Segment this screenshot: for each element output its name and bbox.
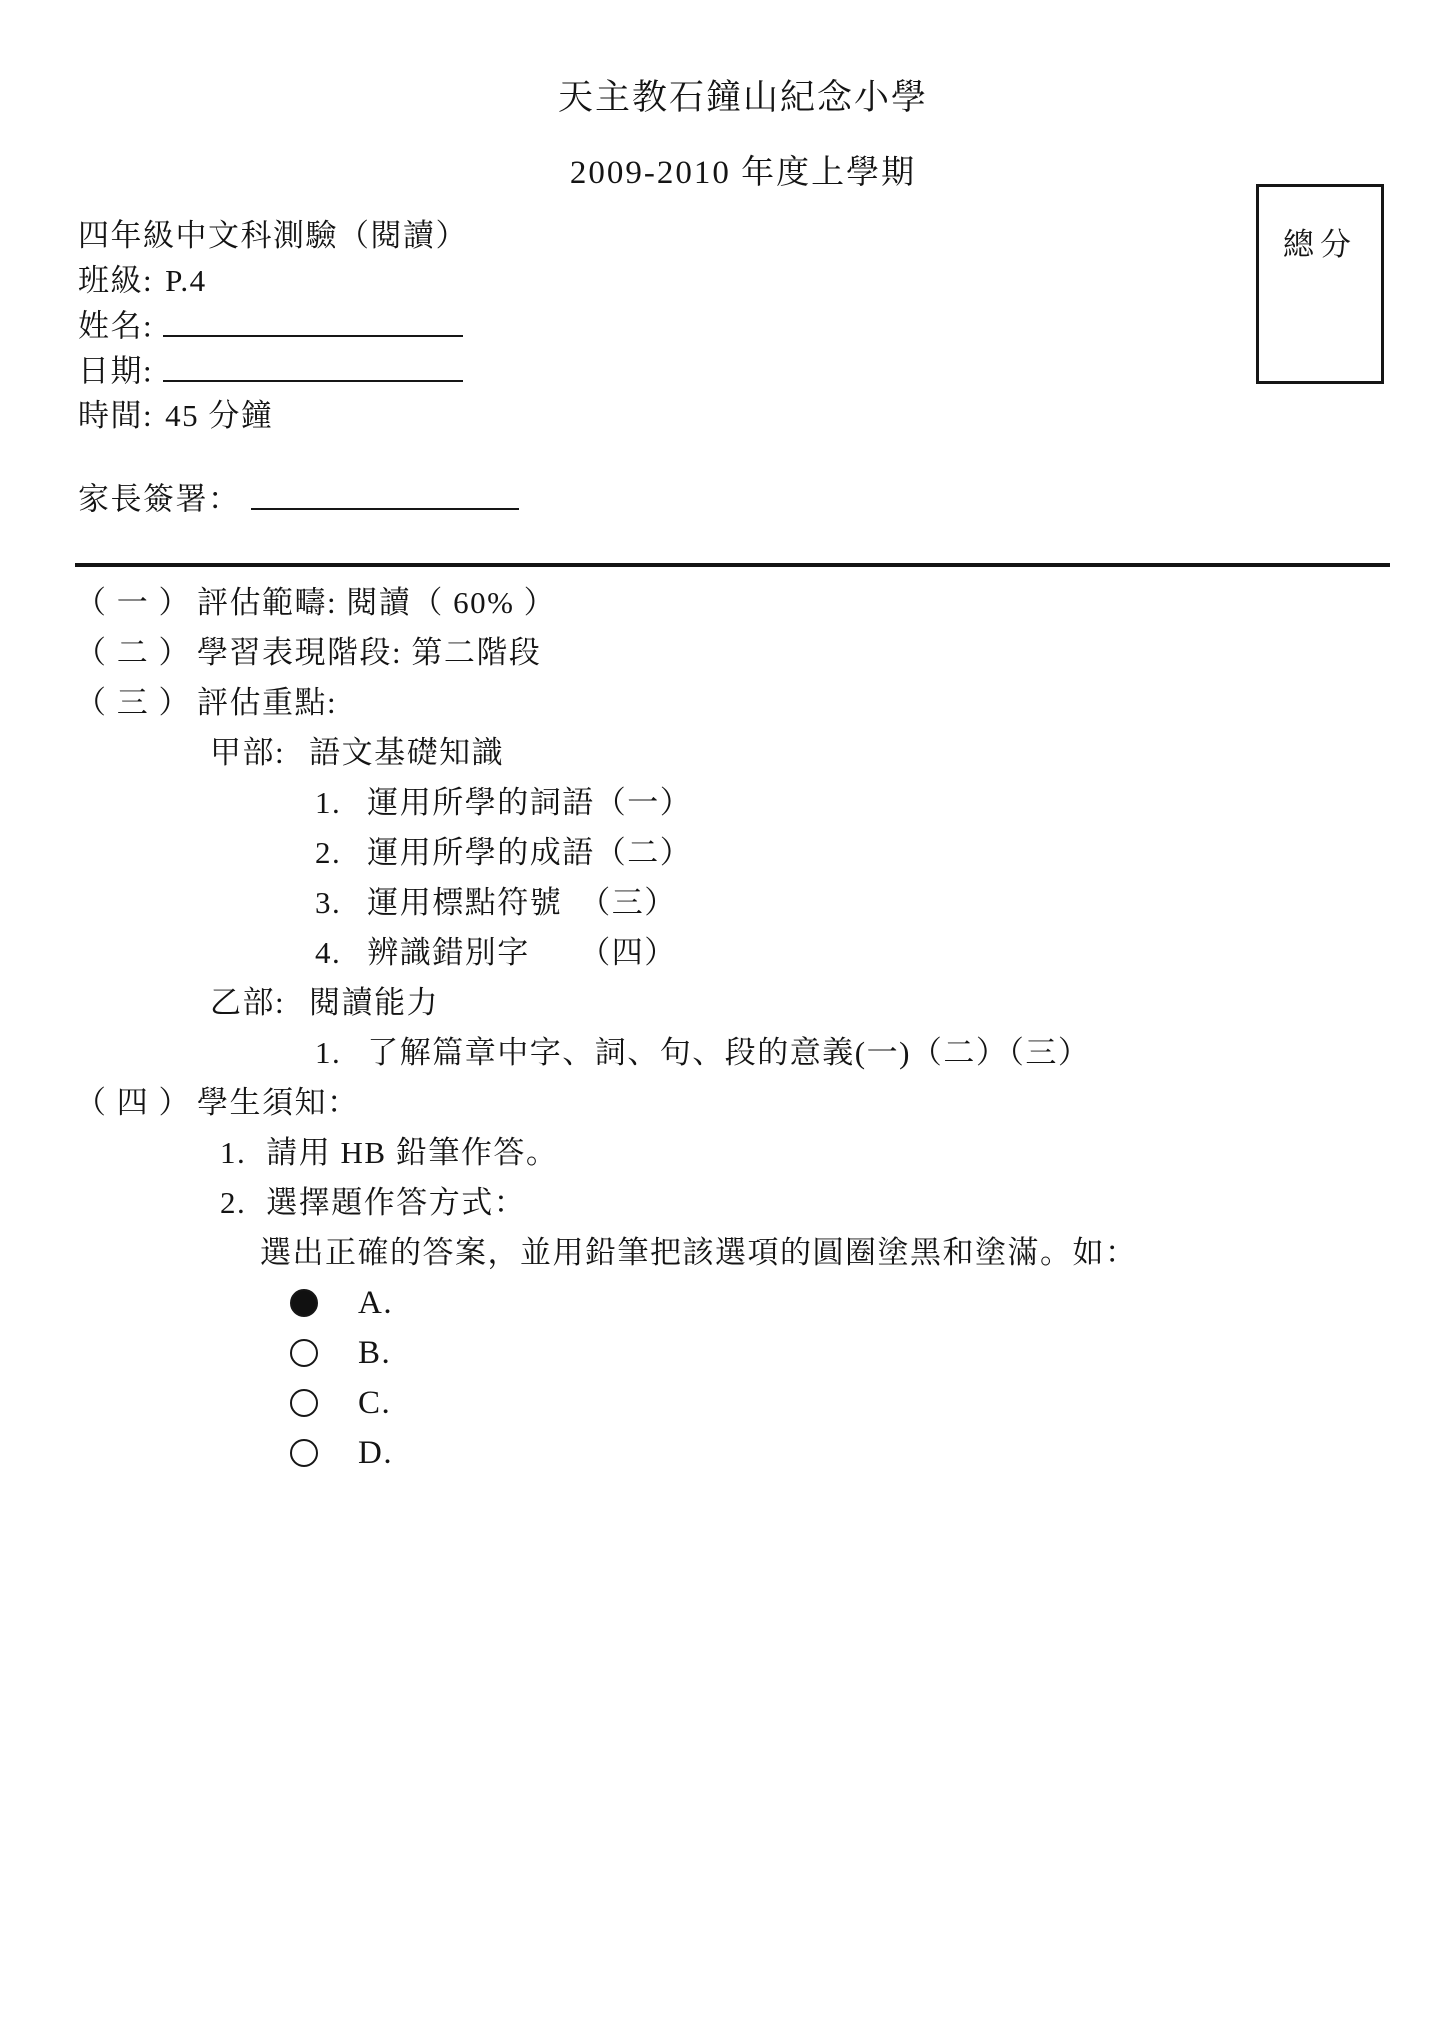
outline-item: （ 四 ）學生須知： — [75, 1078, 1415, 1128]
option-row: D. — [75, 1428, 1415, 1478]
class-value: P.4 — [165, 263, 207, 298]
exam-info-block: 四年級中文科測驗（閱讀） 班級:P.4 姓名: 日期: 時間:45 分鐘 — [78, 213, 468, 438]
exam-title: 四年級中文科測驗（閱讀） — [78, 213, 468, 258]
class-row: 班級:P.4 — [78, 258, 468, 303]
option-circle-empty — [290, 1439, 318, 1467]
outline-item: 2.運用所學的成語（二） — [75, 828, 1415, 878]
option-row: B. — [75, 1328, 1415, 1378]
option-circle-empty — [290, 1339, 318, 1367]
option-letter: B. — [358, 1328, 391, 1378]
option-letter: A. — [358, 1278, 393, 1328]
total-score-box: 總分 — [1256, 184, 1384, 384]
outline-item: 1.運用所學的詞語（一） — [75, 778, 1415, 828]
outline-item: 1.了解篇章中字、詞、句、段的意義(一)（二）（三） — [75, 1028, 1415, 1078]
option-row: C. — [75, 1378, 1415, 1428]
outline-item: （ 三 ）評估重點: — [75, 678, 1415, 728]
date-row: 日期: — [78, 348, 468, 393]
outline-item: 1.請用 HB 鉛筆作答。 — [75, 1128, 1415, 1178]
class-label: 班級: — [78, 263, 153, 298]
parent-signature-blank-line — [251, 476, 519, 510]
name-blank-line — [163, 303, 463, 337]
section-divider — [75, 563, 1390, 567]
outline-item: （ 二 ）學習表現階段: 第二階段 — [75, 628, 1415, 678]
name-row: 姓名: — [78, 303, 468, 348]
date-blank-line — [163, 348, 463, 382]
time-row: 時間:45 分鐘 — [78, 393, 468, 438]
option-letter: C. — [358, 1378, 391, 1428]
school-name: 天主教石鐘山紀念小學 — [0, 70, 1446, 120]
exam-outline: （ 一 ）評估範疇: 閱讀（ 60% ） （ 二 ）學習表現階段: 第二階段 （… — [75, 578, 1415, 1478]
outline-item: 選出正確的答案，並用鉛筆把該選項的圓圈塗黑和塗滿。如： — [75, 1228, 1415, 1278]
outline-item: 2.選擇題作答方式： — [75, 1178, 1415, 1228]
outline-item: （ 一 ）評估範疇: 閱讀（ 60% ） — [75, 578, 1415, 628]
time-value: 45 分鐘 — [165, 398, 273, 433]
outline-item: 3.運用標點符號 （三） — [75, 878, 1415, 928]
total-score-label: 總分 — [1259, 219, 1381, 264]
outline-item: 甲部:語文基礎知識 — [75, 728, 1415, 778]
name-label: 姓名: — [78, 309, 153, 344]
option-row: A. — [75, 1278, 1415, 1328]
outline-item: 4.辨識錯別字 （四） — [75, 928, 1415, 978]
time-label: 時間: — [78, 398, 153, 433]
option-letter: D. — [358, 1428, 393, 1478]
date-label: 日期: — [78, 354, 153, 389]
parent-signature-row: 家長簽署： — [78, 476, 519, 521]
option-circle-empty — [290, 1389, 318, 1417]
term-title: 2009-2010 年度上學期 — [0, 146, 1446, 193]
outline-item: 乙部:閱讀能力 — [75, 978, 1415, 1028]
option-circle-filled — [290, 1289, 318, 1317]
document-page: 天主教石鐘山紀念小學 2009-2010 年度上學期 總分 四年級中文科測驗（閱… — [0, 0, 1446, 2042]
parent-signature-label: 家長簽署： — [78, 482, 241, 517]
